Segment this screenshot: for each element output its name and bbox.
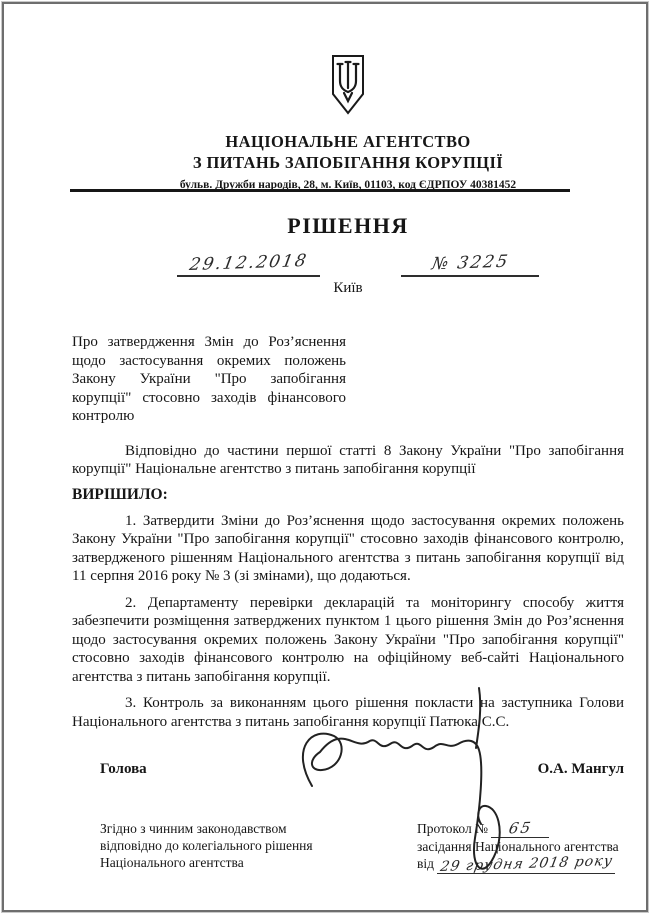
footer-left-line1: Згідно з чинним законодавством: [100, 820, 350, 837]
footer: Згідно з чинним законодавством відповідн…: [72, 820, 624, 874]
dateline: 29.12.2018 № 3225: [72, 253, 624, 277]
signature-row: Голова О.А. Мангул: [72, 761, 624, 778]
from-label: від: [417, 856, 434, 871]
item-3: 3. Контроль за виконанням цього рішення …: [72, 694, 624, 731]
handwritten-date: 29.12.2018: [188, 251, 310, 276]
signer-name: О.А. Мангул: [538, 761, 624, 778]
signer-role: Голова: [100, 761, 147, 778]
header-emblem-wrap: [72, 54, 624, 121]
protocol-label: Протокол №: [417, 821, 488, 836]
org-name-line2: З ПИТАНЬ ЗАПОБІГАННЯ КОРУПЦІЇ: [72, 152, 624, 173]
meeting-date-field: 29 грудня 2018 року: [437, 855, 615, 874]
footer-left-line2: відповідно до колегіального рішення: [100, 837, 350, 854]
number-field: № 3225: [401, 253, 539, 277]
footer-left-block: Згідно з чинним законодавством відповідн…: [100, 820, 350, 874]
document-title: РІШЕННЯ: [72, 213, 624, 239]
document-page: НАЦІОНАЛЬНЕ АГЕНТСТВО З ПИТАНЬ ЗАПОБІГАН…: [0, 54, 650, 874]
protocol-line2: засідання Національного агентства: [417, 838, 624, 855]
protocol-line3: від 29 грудня 2018 року: [417, 855, 624, 874]
org-name: НАЦІОНАЛЬНЕ АГЕНТСТВО З ПИТАНЬ ЗАПОБІГАН…: [72, 131, 624, 173]
item-2: 2. Департаменту перевірки декларацій та …: [72, 594, 624, 687]
date-field: 29.12.2018: [177, 253, 320, 277]
org-name-line1: НАЦІОНАЛЬНЕ АГЕНТСТВО: [72, 131, 624, 152]
protocol-number-field: 65: [491, 820, 549, 838]
handwritten-protocol-number: 65: [507, 820, 533, 838]
intro-paragraph: Відповідно до частини першої статті 8 За…: [72, 442, 624, 479]
footer-left-line3: Національного агентства: [100, 854, 350, 871]
header-rule: [70, 189, 570, 192]
footer-protocol-block: Протокол № 65 засідання Національного аг…: [417, 820, 624, 874]
handwritten-number: № 3225: [429, 252, 510, 276]
subject-paragraph: Про затвердження Змін до Роз’яснення щод…: [72, 333, 346, 426]
item-1: 1. Затвердити Зміни до Роз’яснення щодо …: [72, 512, 624, 586]
ukraine-trident-emblem-icon: [331, 54, 365, 116]
resolved-label: ВИРІШИЛО:: [72, 485, 624, 504]
handwritten-meeting-date: 29 грудня 2018 року: [439, 853, 614, 876]
city-label: Київ: [72, 279, 624, 297]
protocol-line1: Протокол № 65: [417, 820, 624, 838]
